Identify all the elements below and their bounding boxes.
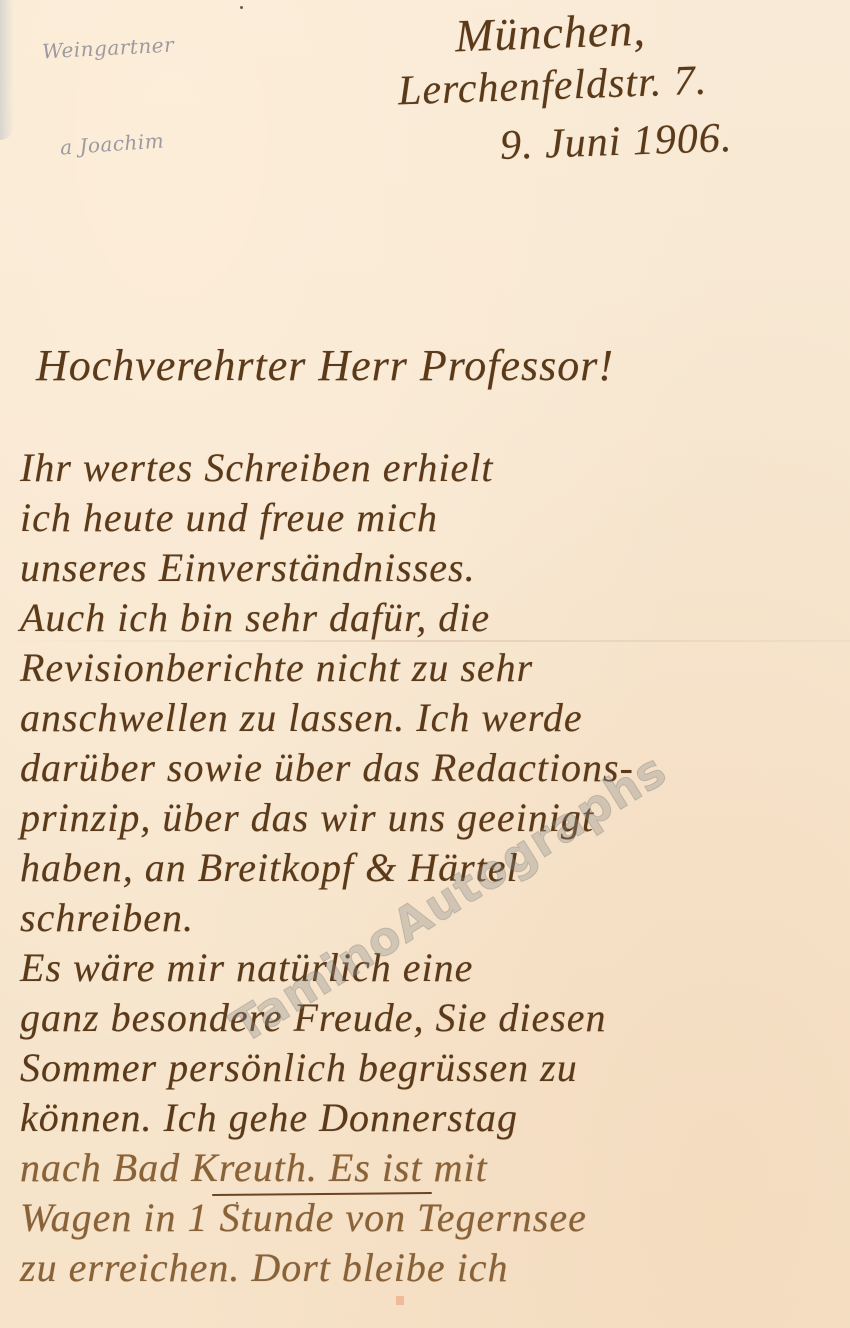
body-line: unseres Einverständnisses. [20,544,476,591]
pencil-annotation-recipient: a Joachim [59,128,165,159]
body-line: Revisionberichte nicht zu sehr [20,644,533,691]
salutation: Hochverehrter Herr Professor! [36,340,614,391]
letter-page: Weingartner a Joachim München, Lerchenfe… [0,0,850,1328]
page-edge-shadow [0,0,14,140]
body-line: Auch ich bin sehr dafür, die [20,594,490,641]
body-line: können. Ich gehe Donnerstag [20,1094,518,1141]
body-line: ich heute und freue mich [20,494,438,541]
pencil-annotation-name: Weingartner [41,33,174,64]
body-line: Wagen in 1 Stunde von Tegernsee [20,1194,587,1241]
header-street: Lerchenfeldstr. 7. [397,57,708,116]
header-city: München, [454,3,646,63]
body-line: zu erreichen. Dort bleibe ich [20,1244,509,1291]
body-line: nach Bad Kreuth. Es ist mit [20,1144,488,1191]
header-date: 9. Juni 1906. [499,114,733,170]
paper-speck [240,6,243,9]
body-line: Sommer persönlich begrüssen zu [20,1044,578,1091]
body-line: anschwellen zu lassen. Ich werde [20,694,583,741]
body-line: Ihr wertes Schreiben erhielt [20,444,493,491]
paper-speck [236,1202,238,1204]
body-line: darüber sowie über das Redactions- [20,744,634,791]
paper-stain [396,1296,404,1305]
body-line: schreiben. [20,894,194,941]
